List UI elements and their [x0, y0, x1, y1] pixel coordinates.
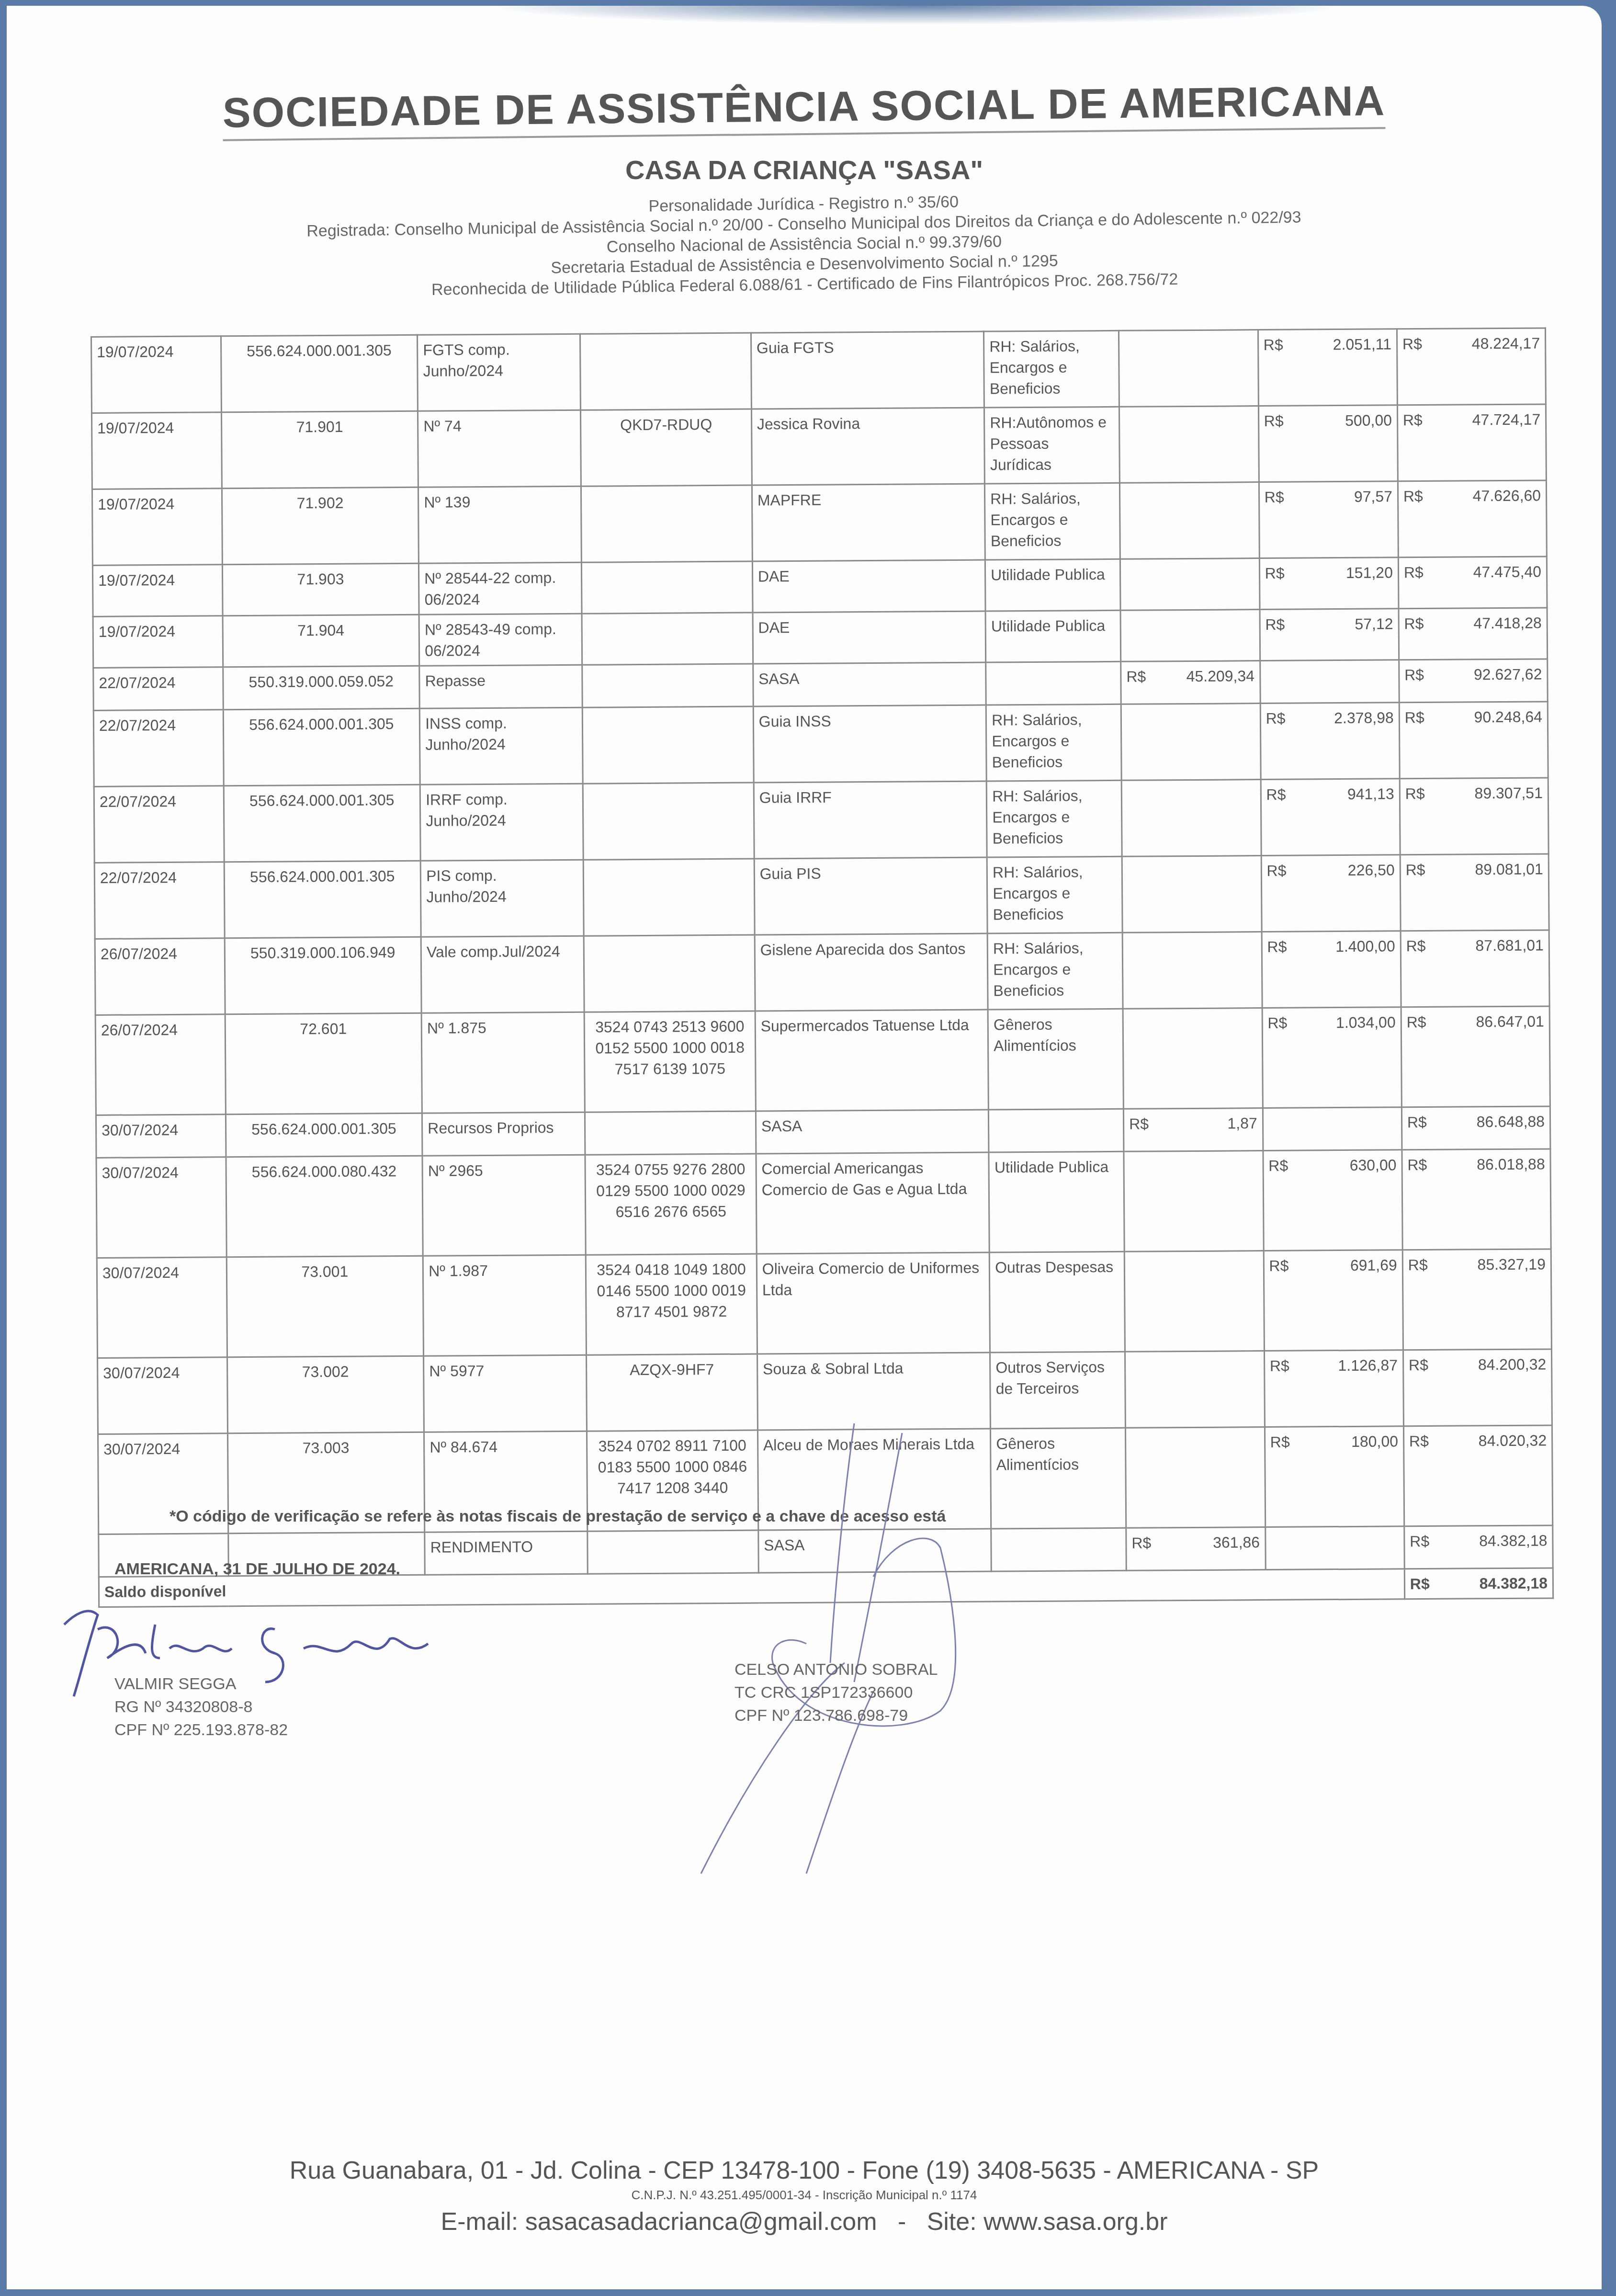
table-row: 19/07/2024556.624.000.001.305FGTS comp. …	[91, 328, 1546, 413]
date-cell: 19/07/2024	[91, 412, 222, 489]
debit-cell: R$151,20	[1259, 557, 1399, 610]
category-cell: RH: Salários, Encargos e Beneficios	[985, 483, 1120, 560]
currency-symbol: R$	[1407, 1154, 1427, 1175]
account-cell: 71.901	[221, 411, 418, 489]
amount: 92.627,62	[1474, 663, 1542, 685]
amount: 47.475,40	[1473, 561, 1542, 583]
credit-cell	[1125, 1351, 1265, 1428]
amount: 180,00	[1351, 1431, 1398, 1452]
category-cell: RH: Salários, Encargos e Beneficios	[984, 330, 1119, 408]
document-cell: INSS comp. Junho/2024	[419, 707, 583, 784]
amount: 1,87	[1227, 1113, 1257, 1134]
currency-symbol: R$	[1406, 859, 1425, 880]
account-cell: 71.904	[223, 614, 419, 667]
table-row: 19/07/202471.903Nº 28544-22 comp. 06/202…	[92, 557, 1547, 617]
site-link[interactable]: www.sasa.org.br	[983, 2208, 1167, 2236]
balance-cell: R$85.327,19	[1402, 1249, 1551, 1350]
category-cell: Utilidade Publica	[989, 1151, 1124, 1252]
registration-info: Personalidade Jurídica - Registro n.º 35…	[6, 183, 1603, 306]
payee-cell: Gislene Aparecida dos Santos	[755, 933, 988, 1011]
currency-symbol: R$	[1404, 664, 1424, 685]
category-cell: RH: Salários, Encargos e Beneficios	[987, 856, 1122, 933]
currency-symbol: R$	[1265, 487, 1284, 508]
amount: 90.248,64	[1474, 706, 1542, 727]
amount: 89.307,51	[1474, 782, 1543, 804]
balance-cell: R$48.224,17	[1397, 328, 1546, 405]
credit-cell: R$45.209,34	[1121, 661, 1260, 705]
currency-symbol: R$	[1264, 410, 1284, 432]
currency-symbol: R$	[1403, 409, 1423, 431]
debit-cell: R$226,50	[1261, 855, 1401, 932]
account-cell: 556.624.000.001.305	[224, 784, 421, 862]
currency-symbol: R$	[1267, 1012, 1287, 1034]
amount: 691,69	[1350, 1254, 1397, 1276]
table-row: 22/07/2024556.624.000.001.305PIS comp. J…	[94, 854, 1549, 939]
debit-cell: R$57,12	[1260, 609, 1399, 661]
balance-cell: R$86.648,88	[1401, 1106, 1550, 1150]
saldo-value-cell: R$84.382,18	[1404, 1568, 1553, 1599]
credit-cell	[1120, 558, 1259, 611]
payee-cell: DAE	[752, 560, 985, 613]
date-cell: 30/07/2024	[96, 1114, 226, 1158]
amount: 84.020,32	[1479, 1430, 1547, 1451]
credit-cell	[1122, 932, 1262, 1009]
account-cell: 550.319.000.059.052	[223, 666, 419, 710]
debit-cell: R$1.034,00	[1262, 1007, 1401, 1108]
balance-cell: R$89.307,51	[1400, 778, 1548, 855]
balance-cell: R$89.081,01	[1400, 854, 1549, 931]
date-cell: 19/07/2024	[91, 336, 222, 413]
table-row: 22/07/2024556.624.000.001.305IRRF comp. …	[94, 778, 1548, 863]
signatory-celso: CELSO ANTONIO SOBRAL TC CRC 1SP172336600…	[735, 1658, 938, 1727]
debit-cell: R$500,00	[1258, 405, 1398, 482]
currency-symbol: R$	[1270, 1355, 1289, 1376]
date-cell: 26/07/2024	[95, 938, 225, 1015]
payee-cell: Guia FGTS	[751, 331, 984, 409]
verification-code-cell	[581, 485, 752, 562]
account-cell: 556.624.000.080.432	[226, 1156, 423, 1257]
date-cell: 22/07/2024	[93, 710, 224, 787]
amount: 86.648,88	[1477, 1111, 1545, 1132]
currency-symbol: R$	[1406, 935, 1426, 956]
category-cell	[989, 1109, 1124, 1152]
currency-symbol: R$	[1270, 1432, 1290, 1453]
debit-cell: R$1.400,00	[1262, 931, 1401, 1008]
balance-cell: R$84.200,32	[1403, 1349, 1552, 1426]
credit-cell: R$361,86	[1126, 1527, 1266, 1571]
credit-cell	[1122, 856, 1262, 933]
debit-cell: R$691,69	[1264, 1250, 1403, 1351]
debit-cell	[1263, 1107, 1402, 1151]
debit-cell: R$1.126,87	[1264, 1350, 1403, 1427]
debit-cell	[1265, 1526, 1404, 1570]
currency-symbol: R$	[1404, 562, 1424, 583]
table-row: 30/07/202473.001Nº 1.9873524 0418 1049 1…	[97, 1249, 1551, 1358]
signatory-crc: TC CRC 1SP172336600	[735, 1681, 938, 1704]
account-cell: 71.902	[222, 487, 419, 565]
amount: 1.400,00	[1335, 935, 1395, 957]
footer-contact: E-mail: sasacasadacrianca@gmail.com - Si…	[7, 2207, 1602, 2236]
category-cell: Outras Despesas	[989, 1251, 1125, 1353]
date-cell: 26/07/2024	[95, 1014, 226, 1115]
payee-cell: Comercial Americangas Comercio de Gas e …	[756, 1152, 990, 1254]
email-link[interactable]: sasacasadacrianca@gmail.com	[525, 2208, 877, 2236]
separator: -	[898, 2208, 906, 2236]
signatory-cpf: CPF Nº 225.193.878-82	[114, 1718, 288, 1741]
credit-cell	[1123, 1008, 1263, 1109]
amount: 1.126,87	[1338, 1354, 1398, 1376]
document-cell: Nº 74	[418, 410, 581, 487]
balance-cell: R$86.018,88	[1402, 1149, 1551, 1250]
currency-symbol: R$	[1405, 783, 1425, 804]
table-row: 19/07/202471.901Nº 74QKD7-RDUQJessica Ro…	[91, 404, 1546, 489]
place-date: AMERICANA, 31 DE JULHO DE 2024.	[114, 1560, 400, 1579]
account-cell: 556.624.000.001.305	[226, 1113, 422, 1157]
debit-cell: R$941,13	[1261, 779, 1400, 856]
amount: 47.418,28	[1473, 612, 1542, 634]
debit-cell: R$2.378,98	[1260, 703, 1400, 780]
currency-symbol: R$	[1129, 1114, 1149, 1135]
document-cell: Nº 1.875	[421, 1012, 585, 1113]
payee-cell: Oliveira Comercio de Uniformes Ltda	[757, 1252, 990, 1354]
account-cell: 71.903	[222, 563, 419, 616]
payee-cell: SASA	[756, 1110, 989, 1154]
amount: 630,00	[1349, 1154, 1396, 1176]
amount: 97,57	[1354, 486, 1392, 507]
amount: 151,20	[1346, 562, 1393, 583]
amount: 226,50	[1348, 859, 1395, 881]
currency-symbol: R$	[1409, 1431, 1429, 1452]
currency-symbol: R$	[1131, 1533, 1151, 1554]
document-cell: Repasse	[419, 665, 583, 708]
signatory-name: CELSO ANTONIO SOBRAL	[735, 1658, 938, 1681]
currency-symbol: R$	[1269, 1255, 1288, 1276]
payee-cell: Guia PIS	[754, 857, 987, 935]
amount: 47.724,17	[1472, 409, 1541, 431]
verification-code-cell	[584, 859, 755, 936]
document-cell: RENDIMENTO	[425, 1531, 588, 1575]
amount: 84.382,18	[1479, 1530, 1548, 1551]
footer: Rua Guanabara, 01 - Jd. Colina - CEP 134…	[7, 2156, 1602, 2236]
balance-cell: R$86.647,01	[1401, 1006, 1550, 1107]
amount: 86.647,01	[1476, 1011, 1544, 1032]
debit-cell: R$2.051,11	[1258, 329, 1397, 406]
currency-symbol: R$	[1266, 784, 1286, 805]
amount: 47.626,60	[1473, 485, 1541, 507]
verification-code-cell: 3524 0743 2513 9600 0152 5500 1000 0018 …	[584, 1011, 756, 1112]
amount: 84.200,32	[1478, 1353, 1547, 1375]
verification-code-cell: QKD7-RDUQ	[581, 409, 752, 486]
table-row: 26/07/202472.601Nº 1.8753524 0743 2513 9…	[95, 1006, 1550, 1115]
amount: 87.681,01	[1475, 934, 1544, 956]
amount: 57,12	[1355, 613, 1393, 634]
verification-code-cell: 3524 0418 1049 1800 0146 5500 1000 0019 …	[586, 1254, 757, 1355]
amount: 48.224,17	[1472, 333, 1540, 354]
document-cell: PIS comp. Junho/2024	[420, 860, 584, 937]
debit-cell: R$630,00	[1263, 1150, 1402, 1251]
amount: 941,13	[1347, 783, 1394, 805]
document-cell: Nº 1.987	[423, 1255, 586, 1356]
signatory-name: VALMIR SEGGA	[114, 1672, 288, 1695]
account-cell: 556.624.000.001.305	[223, 708, 420, 786]
document-cell: Nº 2965	[422, 1155, 586, 1256]
date-cell: 19/07/2024	[92, 489, 222, 566]
currency-symbol: R$	[1265, 563, 1285, 584]
table-row: 22/07/2024556.624.000.001.305INSS comp. …	[93, 702, 1548, 787]
site-label: Site:	[927, 2208, 977, 2236]
payee-cell: Jessica Rovina	[751, 408, 984, 485]
saldo-amount: 84.382,18	[1479, 1572, 1548, 1594]
credit-cell	[1119, 406, 1259, 483]
organization-subtitle: CASA DA CRIANÇA "SASA"	[625, 154, 983, 185]
signatory-cpf: CPF Nº 123.786.698-79	[735, 1704, 938, 1727]
currency-symbol: R$	[1266, 708, 1285, 729]
category-cell: RH: Salários, Encargos e Beneficios	[986, 780, 1122, 857]
account-cell: 556.624.000.001.305	[224, 861, 421, 938]
amount: 2.378,98	[1334, 707, 1394, 728]
account-cell: 556.624.000.001.305	[221, 335, 418, 412]
letterhead: SOCIEDADE DE ASSISTÊNCIA SOCIAL DE AMERI…	[7, 82, 1602, 295]
category-cell: Gêneros Alimentícios	[988, 1009, 1123, 1110]
verification-code-cell	[583, 706, 754, 784]
account-cell: 72.601	[225, 1013, 422, 1114]
balance-cell: R$47.724,17	[1397, 404, 1546, 481]
credit-cell	[1119, 482, 1259, 559]
document-cell: Nº 139	[418, 486, 582, 563]
amount: 500,00	[1345, 409, 1392, 431]
footer-address: Rua Guanabara, 01 - Jd. Colina - CEP 134…	[7, 2156, 1602, 2185]
date-cell: 22/07/2024	[94, 786, 224, 863]
balance-cell: R$90.248,64	[1399, 702, 1548, 779]
date-cell: 22/07/2024	[93, 667, 223, 711]
balance-cell: R$84.382,18	[1404, 1525, 1553, 1569]
document-cell: FGTS comp. Junho/2024	[418, 334, 581, 411]
footer-cnpj: C.N.P.J. N.º 43.251.495/0001-34 - Inscri…	[7, 2188, 1602, 2203]
balance-cell: R$47.475,40	[1398, 557, 1547, 609]
amount: 45.209,34	[1187, 665, 1255, 687]
document-cell: IRRF comp. Junho/2024	[420, 784, 583, 861]
credit-cell	[1121, 780, 1261, 857]
account-cell: 73.001	[226, 1256, 424, 1357]
table-row: 19/07/202471.902Nº 139MAPFRERH: Salários…	[92, 480, 1547, 566]
amount: 85.327,19	[1477, 1253, 1546, 1275]
credit-cell	[1121, 704, 1261, 781]
debit-cell: R$180,00	[1265, 1426, 1404, 1527]
debit-cell	[1260, 660, 1399, 704]
payee-cell: DAE	[753, 611, 986, 664]
date-cell: 19/07/2024	[93, 616, 223, 668]
document-cell: Nº 28544-22 comp. 06/2024	[419, 562, 582, 614]
category-cell	[986, 661, 1121, 705]
verification-code-cell	[582, 664, 753, 707]
date-cell: 30/07/2024	[98, 1357, 228, 1434]
currency-symbol: R$	[1265, 614, 1285, 635]
currency-symbol: R$	[1268, 1155, 1288, 1176]
verification-code-cell	[580, 333, 751, 410]
document-cell: Vale comp.Jul/2024	[421, 936, 584, 1013]
currency-symbol: R$	[1405, 707, 1424, 728]
signature-celso-icon	[605, 1395, 1132, 1898]
verification-code-cell	[582, 613, 753, 665]
currency-symbol: R$	[1402, 333, 1422, 354]
email-label: E-mail:	[441, 2208, 518, 2236]
category-cell: RH: Salários, Encargos e Beneficios	[986, 704, 1121, 781]
organization-name: SOCIEDADE DE ASSISTÊNCIA SOCIAL DE AMERI…	[223, 76, 1386, 141]
table-row: 19/07/202471.904Nº 28543-49 comp. 06/202…	[93, 608, 1548, 668]
currency-symbol: R$	[1403, 486, 1423, 507]
verification-code-cell	[583, 783, 754, 860]
category-cell: Utilidade Publica	[985, 559, 1120, 611]
currency-symbol: R$	[1267, 936, 1287, 957]
currency-symbol: R$	[1407, 1112, 1427, 1133]
payee-cell: Supermercados Tatuense Ltda	[755, 1010, 989, 1111]
balance-cell: R$87.681,01	[1401, 930, 1549, 1007]
payee-cell: Guia IRRF	[754, 781, 987, 859]
amount: 89.081,01	[1475, 858, 1543, 880]
currency-symbol: R$	[1408, 1254, 1428, 1275]
currency-symbol: R$	[1264, 334, 1283, 355]
document-page: SOCIEDADE DE ASSISTÊNCIA SOCIAL DE AMERI…	[7, 6, 1602, 2289]
document-cell: Nº 28543-49 comp. 06/2024	[419, 614, 582, 666]
account-cell: 550.319.000.106.949	[225, 937, 422, 1014]
currency-symbol: R$	[1410, 1573, 1430, 1594]
verification-code-cell: 3524 0755 9276 2800 0129 5500 1000 0029 …	[585, 1154, 757, 1255]
table-row: 30/07/2024556.624.000.080.432Nº 29653524…	[96, 1149, 1551, 1258]
date-cell: 30/07/2024	[97, 1257, 227, 1358]
debit-cell: R$97,57	[1259, 481, 1398, 558]
currency-symbol: R$	[1266, 860, 1286, 881]
date-cell: 30/07/2024	[96, 1157, 226, 1258]
amount: 1.034,00	[1336, 1012, 1396, 1033]
document-cell: Recursos Proprios	[422, 1112, 586, 1156]
payee-cell: MAPFRE	[752, 484, 985, 561]
credit-cell	[1125, 1427, 1265, 1528]
table-row: 26/07/2024550.319.000.106.949Vale comp.J…	[95, 930, 1549, 1015]
credit-cell: R$1,87	[1123, 1108, 1263, 1152]
category-cell: Utilidade Publica	[985, 610, 1120, 662]
document-cell: Nº 5977	[424, 1355, 587, 1432]
category-cell: RH:Autônomos e Pessoas Jurídicas	[984, 407, 1120, 484]
balance-cell: R$47.626,60	[1398, 480, 1547, 557]
scan-shadow	[486, 6, 1347, 25]
credit-cell	[1124, 1251, 1264, 1352]
signatory-rg: RG Nº 34320808-8	[114, 1695, 288, 1718]
date-cell: 22/07/2024	[94, 862, 225, 939]
amount: 2.051,11	[1333, 333, 1391, 355]
amount: 361,86	[1213, 1532, 1260, 1553]
account-cell: 73.002	[227, 1356, 424, 1433]
currency-symbol: R$	[1126, 666, 1146, 687]
balance-cell: R$47.418,28	[1399, 608, 1548, 660]
amount: 86.018,88	[1477, 1153, 1545, 1175]
verification-code-cell	[582, 561, 753, 614]
signatory-valmir: VALMIR SEGGA RG Nº 34320808-8 CPF Nº 225…	[114, 1672, 288, 1741]
verification-code-cell	[585, 1111, 756, 1155]
credit-cell	[1119, 330, 1258, 407]
currency-symbol: R$	[1406, 1012, 1426, 1033]
currency-symbol: R$	[1404, 613, 1424, 634]
date-cell: 19/07/2024	[92, 565, 222, 617]
verification-code-cell	[584, 935, 755, 1012]
category-cell: RH: Salários, Encargos e Beneficios	[987, 932, 1123, 1010]
credit-cell	[1124, 1151, 1264, 1252]
balance-cell: R$92.627,62	[1399, 659, 1548, 703]
balance-cell: R$84.020,32	[1403, 1425, 1552, 1526]
payee-cell: Guia INSS	[753, 705, 986, 783]
payee-cell: SASA	[753, 662, 986, 706]
credit-cell	[1120, 610, 1260, 662]
currency-symbol: R$	[1409, 1354, 1428, 1375]
currency-symbol: R$	[1410, 1531, 1429, 1552]
